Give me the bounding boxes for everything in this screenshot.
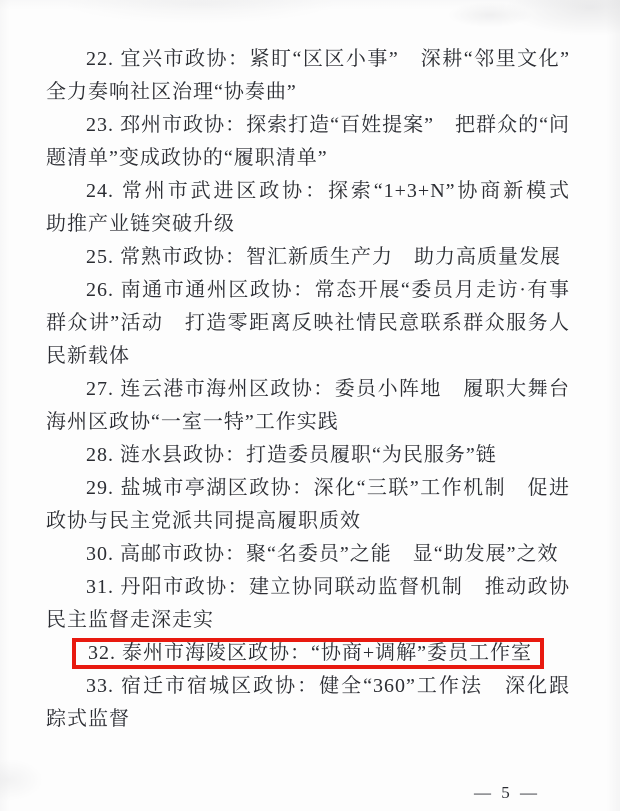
highlight-box: 32.泰州市海陵区政协：“协商+调解”委员工作室 [72,638,544,669]
item-text: 泰州市海陵区政协：“协商+调解”委员工作室 [122,642,532,664]
list-item: 33.宿迁市宿城区政协：健全“360”工作法 深化跟踪式监督 [46,670,570,736]
list-item: 24.常州市武进区政协：探索“1+3+N”协商新模式 助推产业链突破升级 [46,175,570,241]
item-number: 26. [86,279,120,301]
item-number: 33. [86,675,120,697]
item-content: 33.宿迁市宿城区政协：健全“360”工作法 深化跟踪式监督 [46,675,570,730]
list-item: 28.涟水县政协：打造委员履职“为民服务”链 [46,439,570,472]
item-text: 宿迁市宿城区政协：健全“360”工作法 深化跟踪式监督 [46,675,570,730]
list-item: 31.丹阳市政协：建立协同联动监督机制 推动政协民主监督走深走实 [46,571,570,637]
item-text: 涟水县政协：打造委员履职“为民服务”链 [120,444,497,466]
item-text: 宜兴市政协：紧盯“区区小事” 深耕“邻里文化” 全力奏响社区治理“协奏曲” [46,48,591,103]
item-text: 邳州市政协：探索打造“百姓提案” 把群众的“问题清单”变成政协的“履职清单” [46,114,570,169]
item-number: 31. [86,576,120,598]
item-number: 29. [86,477,120,499]
item-number: 22. [86,48,120,70]
page-number: — 5 — [474,783,540,803]
document-page: 22.宜兴市政协：紧盯“区区小事” 深耕“邻里文化” 全力奏响社区治理“协奏曲”… [0,0,620,811]
item-text: 常熟市政协：智汇新质生产力 助力高质量发展 [120,246,561,268]
list-item: 23.邳州市政协：探索打造“百姓提案” 把群众的“问题清单”变成政协的“履职清单… [46,109,570,175]
item-content: 28.涟水县政协：打造委员履职“为民服务”链 [86,444,497,466]
list-item: 27.连云港市海州区政协：委员小阵地 履职大舞台 海州区政协“一室一特”工作实践 [46,373,570,439]
item-text: 南通市通州区政协：常态开展“委员月走访·有事群众讲”活动 打造零距离反映社情民意… [46,279,570,367]
item-number: 27. [86,378,120,400]
list-item: 30.高邮市政协：聚“名委员”之能 显“助发展”之效 [46,538,570,571]
item-number: 28. [86,444,120,466]
item-text: 常州市武进区政协：探索“1+3+N”协商新模式 助推产业链突破升级 [46,180,591,235]
item-number: 30. [86,543,120,565]
numbered-list: 22.宜兴市政协：紧盯“区区小事” 深耕“邻里文化” 全力奏响社区治理“协奏曲”… [46,43,570,736]
item-content: 26.南通市通州区政协：常态开展“委员月走访·有事群众讲”活动 打造零距离反映社… [46,279,570,367]
item-content: 23.邳州市政协：探索打造“百姓提案” 把群众的“问题清单”变成政协的“履职清单… [46,114,570,169]
item-content: 24.常州市武进区政协：探索“1+3+N”协商新模式 助推产业链突破升级 [46,180,591,235]
item-text: 连云港市海州区政协：委员小阵地 履职大舞台 海州区政协“一室一特”工作实践 [46,378,591,433]
item-content: 31.丹阳市政协：建立协同联动监督机制 推动政协民主监督走深走实 [46,576,570,631]
list-item: 22.宜兴市政协：紧盯“区区小事” 深耕“邻里文化” 全力奏响社区治理“协奏曲” [46,43,570,109]
list-item: 29.盐城市亭湖区政协：深化“三联”工作机制 促进政协与民主党派共同提高履职质效 [46,472,570,538]
list-item: 25.常熟市政协：智汇新质生产力 助力高质量发展 [46,241,570,274]
item-number: 32. [88,642,122,664]
item-number: 25. [86,246,120,268]
item-text: 丹阳市政协：建立协同联动监督机制 推动政协民主监督走深走实 [46,576,570,631]
item-content: 22.宜兴市政协：紧盯“区区小事” 深耕“邻里文化” 全力奏响社区治理“协奏曲” [46,48,591,103]
item-text: 高邮市政协：聚“名委员”之能 显“助发展”之效 [120,543,559,565]
item-content: 29.盐城市亭湖区政协：深化“三联”工作机制 促进政协与民主党派共同提高履职质效 [46,477,570,532]
list-item: 26.南通市通州区政协：常态开展“委员月走访·有事群众讲”活动 打造零距离反映社… [46,274,570,373]
item-content: 30.高邮市政协：聚“名委员”之能 显“助发展”之效 [86,543,559,565]
item-number: 23. [86,114,120,136]
item-text: 盐城市亭湖区政协：深化“三联”工作机制 促进政协与民主党派共同提高履职质效 [46,477,570,532]
list-item: 32.泰州市海陵区政协：“协商+调解”委员工作室 [46,637,570,670]
item-content: 27.连云港市海州区政协：委员小阵地 履职大舞台 海州区政协“一室一特”工作实践 [46,378,591,433]
item-number: 24. [86,180,120,202]
item-content: 25.常熟市政协：智汇新质生产力 助力高质量发展 [86,246,561,268]
